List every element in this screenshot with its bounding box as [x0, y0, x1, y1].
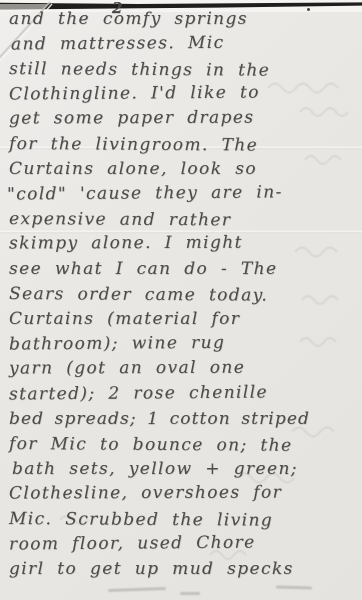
handwritten-line: see what I can do - The	[9, 257, 358, 282]
handwritten-line: skimpy alone. I might	[9, 230, 358, 256]
letter-body: and the comfy springs and mattresses. Mi…	[9, 7, 358, 582]
handwritten-line: Clothingline. I'd like to	[9, 80, 358, 108]
handwritten-line: and the comfy springs	[9, 7, 358, 32]
handwritten-line: Sears order came today.	[9, 282, 358, 309]
handwritten-line: Curtains alone, look so	[9, 157, 358, 182]
handwritten-line: for Mic to bounce on; the	[9, 432, 358, 459]
handwritten-line: and mattresses. Mic	[11, 30, 358, 58]
letter-page: 2 and the comfy springs and mattresses. …	[0, 0, 362, 600]
handwritten-line: girl to get up mud specks	[9, 557, 358, 582]
handwritten-line: Clothesline, overshoes for	[9, 480, 358, 506]
pencil-smudge	[108, 587, 166, 592]
pencil-smudge	[180, 592, 200, 595]
handwritten-line: bed spreads; 1 cotton striped	[9, 407, 358, 432]
pencil-smudge	[276, 586, 312, 590]
handwritten-line: get some paper drapes	[9, 105, 358, 131]
handwritten-line: for the livingroom. The	[9, 132, 358, 159]
handwritten-line: started); 2 rose chenille	[9, 380, 358, 408]
handwritten-line: bath sets, yellow + green;	[12, 457, 358, 482]
handwritten-line: room floor, used Chore	[9, 530, 358, 558]
handwritten-line: Curtains (material for	[9, 307, 358, 332]
handwritten-line: bathroom); wine rug	[9, 330, 358, 358]
handwritten-line: "cold" 'cause they are in-	[7, 180, 358, 208]
handwritten-line: yarn (got an oval one	[9, 355, 358, 381]
